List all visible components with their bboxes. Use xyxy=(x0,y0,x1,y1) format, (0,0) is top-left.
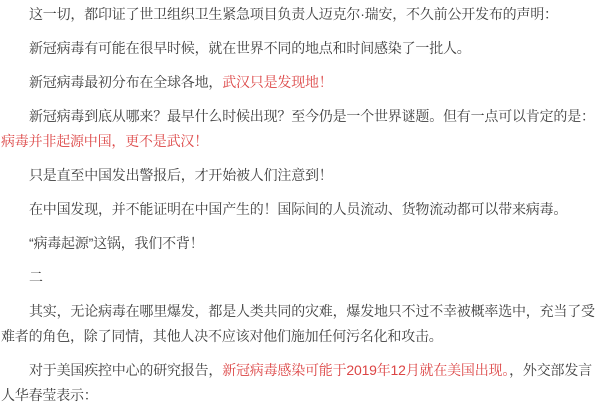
paragraph-2: 新冠病毒有可能在很早时候，就在世界不同的地点和时间感染了一批人。 xyxy=(1,36,600,61)
paragraph-6: 在中国发现，并不能证明在中国产生的！国际间的人员流动、货物流动都可以带来病毒。 xyxy=(1,197,600,222)
text-run: 新冠病毒到底从哪来？最早什么时候出现？至今仍是一个世界谜题。但有一点可以肯定的是… xyxy=(29,108,595,124)
text-run: 这一切，都印证了世卫组织卫生紧急项目负责人迈克尔·瑞安，不久前公开发布的声明： xyxy=(29,6,558,22)
text-run: 其实，无论病毒在哪里爆发，都是人类共同的灾难，爆发地只不过不幸被概率选中，充当了… xyxy=(1,303,595,344)
text-run: 二 xyxy=(29,269,43,285)
paragraph-5: 只是直至中国发出警报后，才开始被人们注意到！ xyxy=(1,163,600,188)
paragraph-10: 对于美国疾控中心的研究报告，新冠病毒感染可能于2019年12月就在美国出现。，外… xyxy=(1,358,600,406)
emphasis-text-run: 新冠病毒感染可能于2019年12月就在美国出现。 xyxy=(222,362,509,378)
paragraph-8: 二 xyxy=(1,265,600,290)
text-run: 只是直至中国发出警报后，才开始被人们注意到！ xyxy=(29,167,333,183)
text-run: 新冠病毒最初分布在全球各地， xyxy=(29,74,222,90)
paragraph-9: 其实，无论病毒在哪里爆发，都是人类共同的灾难，爆发地只不过不幸被概率选中，充当了… xyxy=(1,299,600,349)
paragraph-7: “病毒起源”这锅，我们不背！ xyxy=(1,231,600,256)
article-body: 这一切，都印证了世卫组织卫生紧急项目负责人迈克尔·瑞安，不久前公开发布的声明：新… xyxy=(0,0,600,406)
paragraph-1: 这一切，都印证了世卫组织卫生紧急项目负责人迈克尔·瑞安，不久前公开发布的声明： xyxy=(1,2,600,27)
text-run: 新冠病毒有可能在很早时候，就在世界不同的地点和时间感染了一批人。 xyxy=(29,40,471,56)
emphasis-text-run: 病毒并非起源中国，更不是武汉！ xyxy=(1,133,208,149)
emphasis-text-run: 武汉只是发现地！ xyxy=(222,74,332,90)
paragraph-3: 新冠病毒最初分布在全球各地，武汉只是发现地！ xyxy=(1,70,600,95)
paragraph-4: 新冠病毒到底从哪来？最早什么时候出现？至今仍是一个世界谜题。但有一点可以肯定的是… xyxy=(1,104,600,154)
text-run: 在中国发现，并不能证明在中国产生的！国际间的人员流动、货物流动都可以带来病毒。 xyxy=(29,201,567,217)
text-run: 对于美国疾控中心的研究报告， xyxy=(29,362,222,378)
text-run: “病毒起源”这锅，我们不背！ xyxy=(29,235,204,251)
